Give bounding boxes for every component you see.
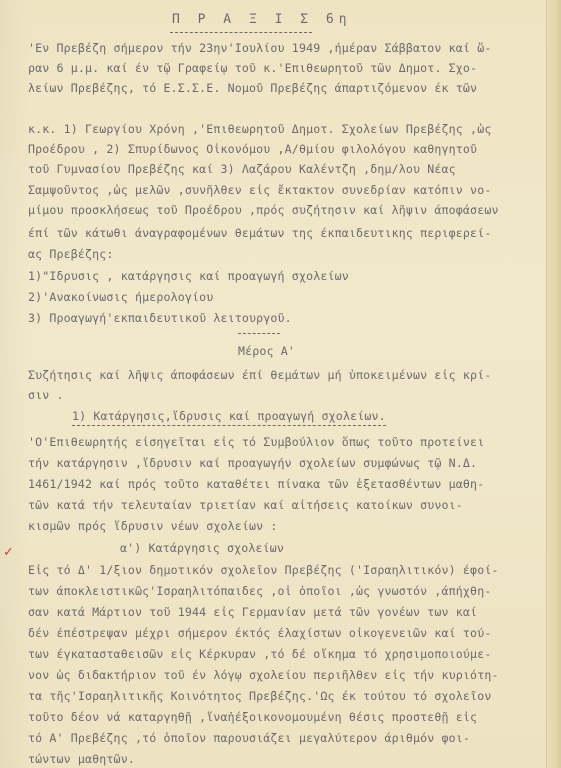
title-underline	[170, 32, 312, 33]
text-line: 'Εν Πρεβέζη σήμερον τήν 23ην'Ιουλίου 194…	[28, 43, 491, 55]
agenda-item: 3) Προαγωγή'εκπαιδευτικοῦ λειτουργοῦ.	[28, 313, 292, 325]
text-line: των έγκατασταθεισῶν εἰς Κέρκυραν ,τό δέ …	[28, 649, 491, 661]
text-line: τήν κατάργησιν ,ἵδρυσιν καί προαγωγήν σχ…	[28, 458, 477, 470]
document-title: Π Ρ Α Ξ Ι Σ 6η	[172, 12, 352, 27]
text-line: 1461/1942 καί πρός τοῦτο καταθέτει πίνακ…	[28, 479, 484, 491]
text-line: τῶν κατά τήν τελευταίαν τριετίαν καί αἰτ…	[28, 500, 463, 512]
text-line: τα τῆς'Ισραηλιτικῆς Κοινότητος Πρεβέζης.…	[28, 691, 491, 703]
text-line: τώντων μαθητῶν.	[28, 754, 135, 766]
text-line: κισμῶν πρός ἵδρυσιν νέων σχολείων :	[28, 521, 278, 533]
agenda-item: 1)"Ιδρυσις , κατάργησις καί προαγωγή σχο…	[28, 271, 349, 283]
text-line: των άποκλειστικῶς'Ισραηλιτόπαιδες ,οἱ ὁπ…	[28, 586, 491, 598]
text-line: μίμου προσκλήσεως τοῦ Προέδρου ,πρός συζ…	[28, 205, 499, 217]
text-line: Εἰς τό Δ' 1/ξιον δημοτικόν σχολεῖον Πρεβ…	[28, 565, 499, 577]
text-line: κ.κ. 1) Γεωργίου Χρόνη ,'Επιθεωρητοῦ Δημ…	[28, 124, 491, 136]
agenda-item: 2)'Ανακοίνωσις ήμερολογίου	[28, 292, 213, 304]
text-line: ας Πρεβέζης:	[28, 249, 114, 261]
text-line: λείων Πρεβέζης, τό Ε.Σ.Σ.Ε. Νομοῦ Πρεβέζ…	[28, 83, 477, 95]
text-line: τό Α' Πρεβέζης ,τό ὁποῖον παρουσιάζει με…	[28, 733, 470, 745]
text-line: σιν .	[28, 390, 64, 402]
page-edge	[546, 0, 561, 768]
check-mark-icon: ✓	[4, 544, 12, 560]
text-line: ραν 6 μ.μ. καί έν τῷ Γραφείῳ τοῦ κ.'Επιθ…	[28, 63, 477, 75]
text-line: νον ὡς διδακτήριον τοῦ έν λόγῳ σχολείου …	[28, 670, 499, 682]
sub-a-heading: α') Κατάργησις σχολείων	[120, 543, 284, 555]
text-line: έπί τῶν κάτωθι άναγραφομένων θεμάτων της…	[28, 228, 491, 240]
section-heading: Μέρος Α'	[238, 346, 295, 358]
text-line: δέν έπέστρεψαν μέχρι σήμερον έκτός έλαχί…	[28, 628, 491, 640]
text-line: 'Ο'Επιθεωρητής εἰσηγεῖται εἰς τό Συμβούλ…	[28, 437, 484, 449]
text-line: Συζήτησις καί λῆψις άποφάσεων έπί θεμάτω…	[28, 370, 491, 382]
text-line: τοῦ Γυμνασίου Πρεβέζης καί 3) Λαζάρου Κα…	[28, 164, 456, 176]
text-line: τοῦτο δέον νά καταργηθῇ ,ἵναἡέξοικονομου…	[28, 712, 477, 724]
section-divider	[238, 333, 280, 334]
text-line: Σαμψοῦντος ,ὡς μελῶν ,συνῆλθεν εἰς ἔκτακ…	[28, 185, 491, 197]
subsection-heading: 1) Κατάργησις,ἵδρυσις καί προαγωγή σχολε…	[72, 411, 386, 426]
text-line: σαν κατά Μάρτιον τοῦ 1944 εἰς Γερμανίαν …	[28, 607, 477, 619]
text-line: Προέδρου , 2) Σπυρίδωνος Οἰκονόμου ,Α/θμ…	[28, 144, 477, 156]
